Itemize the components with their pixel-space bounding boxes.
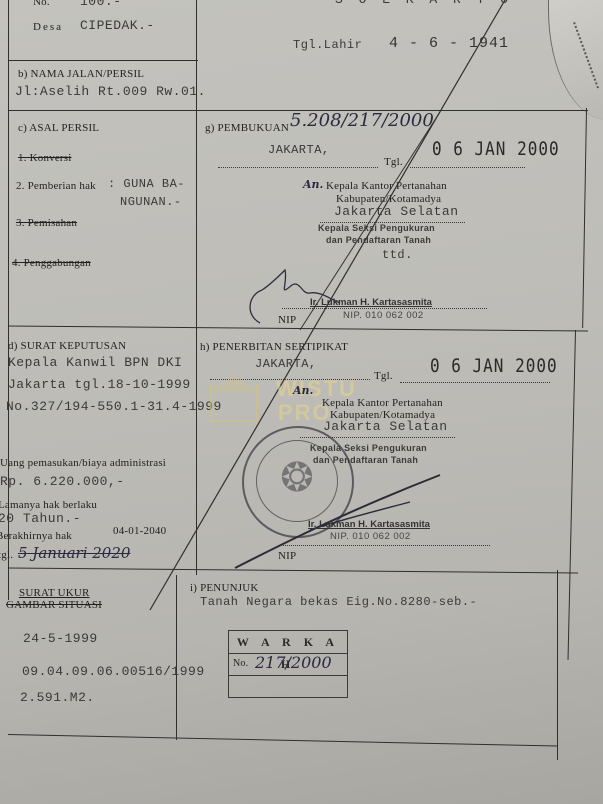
- pembukuan-ttd: ttd.: [382, 248, 413, 262]
- no-value: 100.-: [80, 0, 122, 9]
- warkah-title: W A R K A H: [229, 631, 347, 654]
- holder-name: S O E K A R T O: [335, 0, 512, 7]
- pembukuan-title-1: Kepala Kantor Pertanahan: [326, 180, 447, 192]
- pembukuan-city: Jakarta Selatan: [334, 204, 459, 219]
- end-date-old: 5 Januari 2020: [18, 544, 130, 562]
- pembukuan-signer: Ir. Lukman H. Kartasasmita: [310, 297, 432, 308]
- section-i-label: i) PENUNJUK: [190, 582, 259, 594]
- no-label: No.: [33, 0, 50, 8]
- asal-pemisahan: 3. Pemisahan: [16, 217, 77, 229]
- desa-label: Desa: [33, 21, 63, 33]
- section-g-label: g) PEMBUKUAN: [205, 122, 289, 134]
- penerbitan-nip-value: NIP. 010 062 002: [330, 531, 411, 542]
- dotted-line: [218, 167, 378, 168]
- warkah-stamp: W A R K A H No. 217/2000: [228, 630, 348, 698]
- pembukuan-nip-value: NIP. 010 062 002: [343, 310, 424, 321]
- street-value: Jl:Aselih Rt.009 Rw.01.: [15, 84, 206, 99]
- surat-ukur-date: 24-5-1999: [23, 631, 98, 646]
- end-old-prefix: tgl.: [0, 549, 13, 561]
- pembukuan-handwritten-number: 5.208/217/2000: [290, 110, 434, 131]
- dash-left: -: [290, 0, 298, 7]
- keputusan-line-2: Jakarta tgl.18-10-1999: [8, 377, 191, 392]
- warkah-no-value: 217/2000: [255, 653, 332, 672]
- penerbitan-tgl-label: Tgl.: [374, 370, 393, 382]
- penerbitan-title-1: Kepala Kantor Pertanahan: [322, 397, 443, 409]
- surat-ukur-area: 2.591.M2.: [20, 690, 95, 705]
- desa-value: CIPEDAK.-: [80, 18, 155, 33]
- asal-pemberian-hak: 2. Pemberian hak: [16, 180, 96, 192]
- penerbitan-city: Jakarta Selatan: [323, 419, 448, 434]
- section-h-label: h) PENERBITAN SERTIPIKAT: [200, 341, 348, 353]
- pembukuan-nip-label: NIP: [278, 314, 296, 326]
- pembukuan-seksi-2: dan Pendaftaran Tanah: [326, 235, 431, 245]
- house-logo-icon: [210, 384, 258, 422]
- an-prefix: An.: [293, 384, 313, 397]
- warkah-no-label: No.: [233, 658, 248, 669]
- an-prefix: An.: [303, 178, 323, 191]
- penerbitan-nip-label: NIP: [278, 550, 296, 562]
- tgl-lahir-label: Tgl.Lahir: [293, 38, 362, 52]
- gambar-situasi-label: GAMBAR SITUASI: [6, 599, 102, 611]
- pembukuan-date: 0 6 JAN 2000: [432, 138, 560, 160]
- pembukuan-place: JAKARTA,: [268, 143, 330, 157]
- fee-label: Uang pemasukan/biaya administrasi: [0, 457, 166, 469]
- dotted-line: [410, 167, 525, 168]
- asal-penggabungan: 4. Penggabungan: [12, 257, 91, 269]
- surat-ukur-label: SURAT UKUR: [19, 587, 90, 599]
- fee-value: Rp. 6.220.000,-: [0, 474, 125, 489]
- end-label: Berakhirnya hak: [0, 530, 72, 542]
- surat-ukur-number: 09.04.09.06.00516/1999: [22, 664, 205, 679]
- penerbitan-place: JAKARTA,: [255, 357, 317, 371]
- section-b-label: b) NAMA JALAN/PERSIL: [18, 68, 144, 80]
- penerbitan-signer: Ir. Lukman H. Kartasasmita: [308, 519, 430, 530]
- end-date-new: 04-01-2040: [113, 525, 166, 537]
- keputusan-line-1: Kepala Kanwil BPN DKI: [8, 355, 182, 370]
- dotted-line: [400, 382, 550, 383]
- dotted-line: [282, 308, 487, 309]
- pembukuan-seksi-1: Kepala Seksi Pengukuran: [318, 223, 435, 233]
- pemberian-hak-value-1: : GUNA BA-: [108, 177, 185, 191]
- penerbitan-date: 0 6 JAN 2000: [430, 355, 558, 377]
- pemberian-hak-value-2: NGUNAN.-: [120, 195, 182, 209]
- certificate-page: No. 100.- Desa CIPEDAK.- - S O E K A R T…: [0, 0, 603, 804]
- penunjuk-value: Tanah Negara bekas Eig.No.8280-seb.-: [200, 595, 477, 609]
- asal-konversi: 1. Konversi: [18, 152, 72, 164]
- tgl-lahir-value: 4 - 6 - 1941: [389, 35, 509, 52]
- duration-value: 20 Tahun.-: [0, 511, 81, 526]
- keputusan-line-3: No.327/194-550.1-31.4-1999: [6, 399, 222, 414]
- pembukuan-tgl-label: Tgl.: [384, 156, 403, 168]
- dotted-line: [280, 545, 490, 546]
- section-d-label: d) SURAT KEPUTUSAN: [8, 340, 126, 352]
- section-c-label: c) ASAL PERSIL: [18, 122, 99, 134]
- duration-label: Lamanya hak berlaku: [0, 499, 97, 511]
